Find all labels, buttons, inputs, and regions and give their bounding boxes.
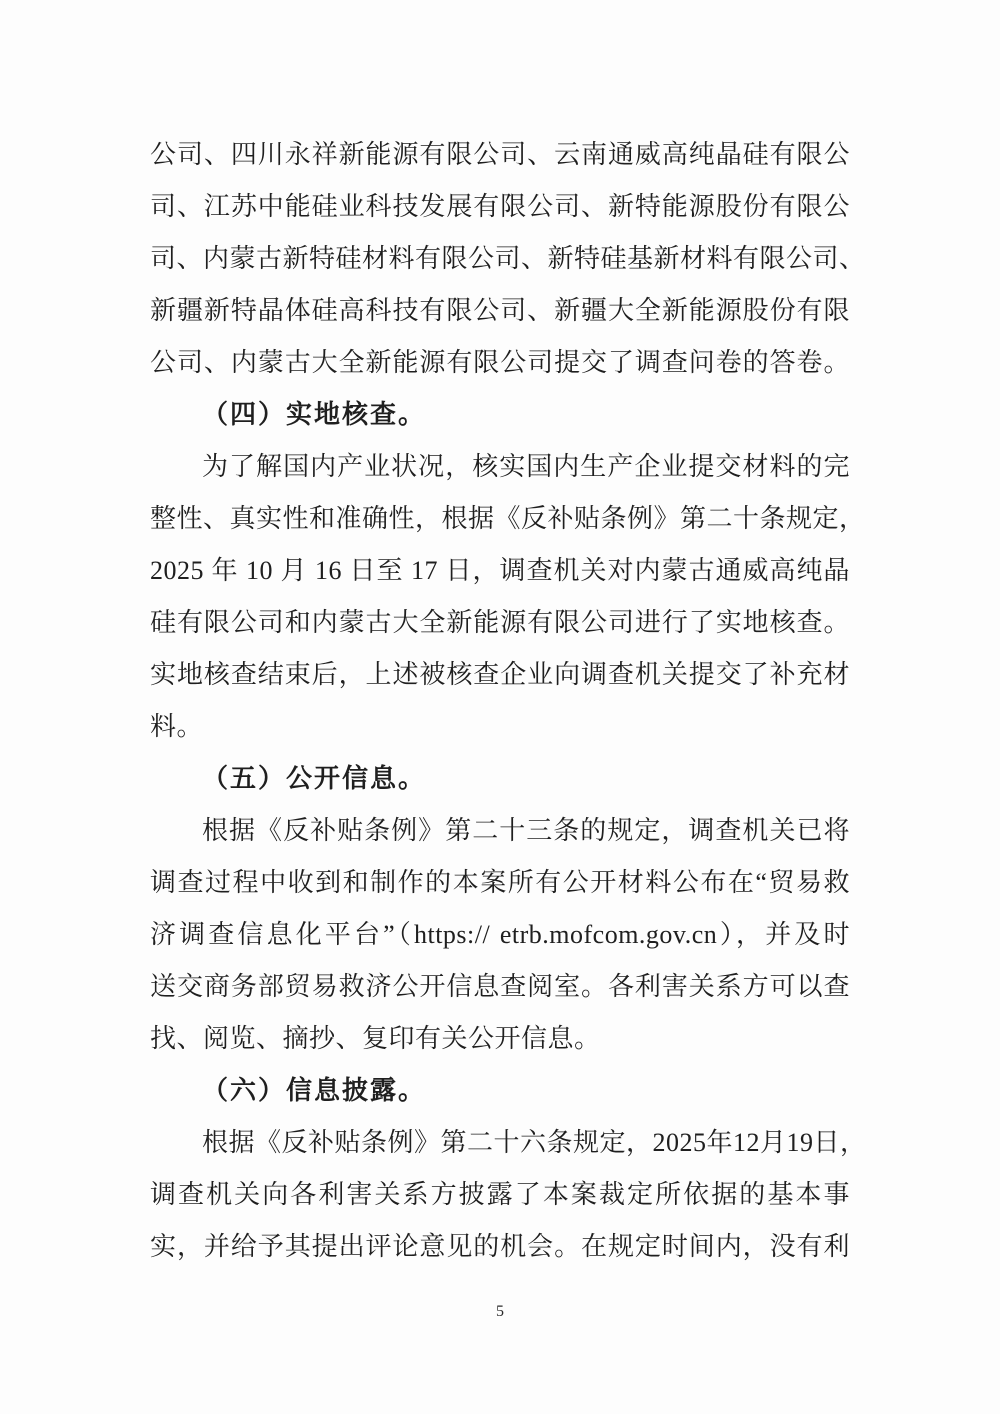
document-line: 新疆新特晶体硅高科技有限公司、新疆大全新能源股份有限 xyxy=(150,285,850,337)
document-line: 料。 xyxy=(150,701,850,753)
document-line: 公司、内蒙古大全新能源有限公司提交了调查问卷的答卷。 xyxy=(150,337,850,389)
document-page: 公司、四川永祥新能源有限公司、云南通威高纯晶硅有限公 司、江苏中能硅业科技发展有… xyxy=(0,0,1000,1414)
document-line: 整性、真实性和准确性，根据《反补贴条例》第二十条规定， xyxy=(150,493,850,545)
document-line: 司、江苏中能硅业科技发展有限公司、新特能源股份有限公 xyxy=(150,181,850,233)
document-line: 送交商务部贸易救济公开信息查阅室。各利害关系方可以查 xyxy=(150,961,850,1013)
document-line: 调查机关向各利害关系方披露了本案裁定所依据的基本事 xyxy=(150,1169,850,1221)
document-line: 2025 年 10 月 16 日至 17 日，调查机关对内蒙古通威高纯晶 xyxy=(150,545,850,597)
document-line: 找、阅览、摘抄、复印有关公开信息。 xyxy=(150,1013,850,1065)
section-heading-5: （五）公开信息。 xyxy=(150,753,850,805)
document-line: 硅有限公司和内蒙古大全新能源有限公司进行了实地核查。 xyxy=(150,597,850,649)
document-line: 实，并给予其提出评论意见的机会。在规定时间内，没有利 xyxy=(150,1221,850,1273)
page-number: 5 xyxy=(0,1303,1000,1321)
document-line: 根据《反补贴条例》第二十三条的规定，调查机关已将 xyxy=(150,805,850,857)
document-text-block: 公司、四川永祥新能源有限公司、云南通威高纯晶硅有限公 司、江苏中能硅业科技发展有… xyxy=(150,129,850,1273)
section-heading-4: （四）实地核查。 xyxy=(150,389,850,441)
document-line: 为了解国内产业状况，核实国内生产企业提交材料的完 xyxy=(150,441,850,493)
document-line: 实地核查结束后，上述被核查企业向调查机关提交了补充材 xyxy=(150,649,850,701)
document-line: 根据《反补贴条例》第二十六条规定，2025年12月19日， xyxy=(150,1117,850,1169)
document-line: 公司、四川永祥新能源有限公司、云南通威高纯晶硅有限公 xyxy=(150,129,850,181)
section-heading-6: （六）信息披露。 xyxy=(150,1065,850,1117)
document-line-with-url: 济调查信息化平台”（https:// etrb.mofcom.gov.cn），并… xyxy=(150,909,850,961)
document-line: 调查过程中收到和制作的本案所有公开材料公布在“贸易救 xyxy=(150,857,850,909)
document-line: 司、内蒙古新特硅材料有限公司、新特硅基新材料有限公司、 xyxy=(150,233,850,285)
